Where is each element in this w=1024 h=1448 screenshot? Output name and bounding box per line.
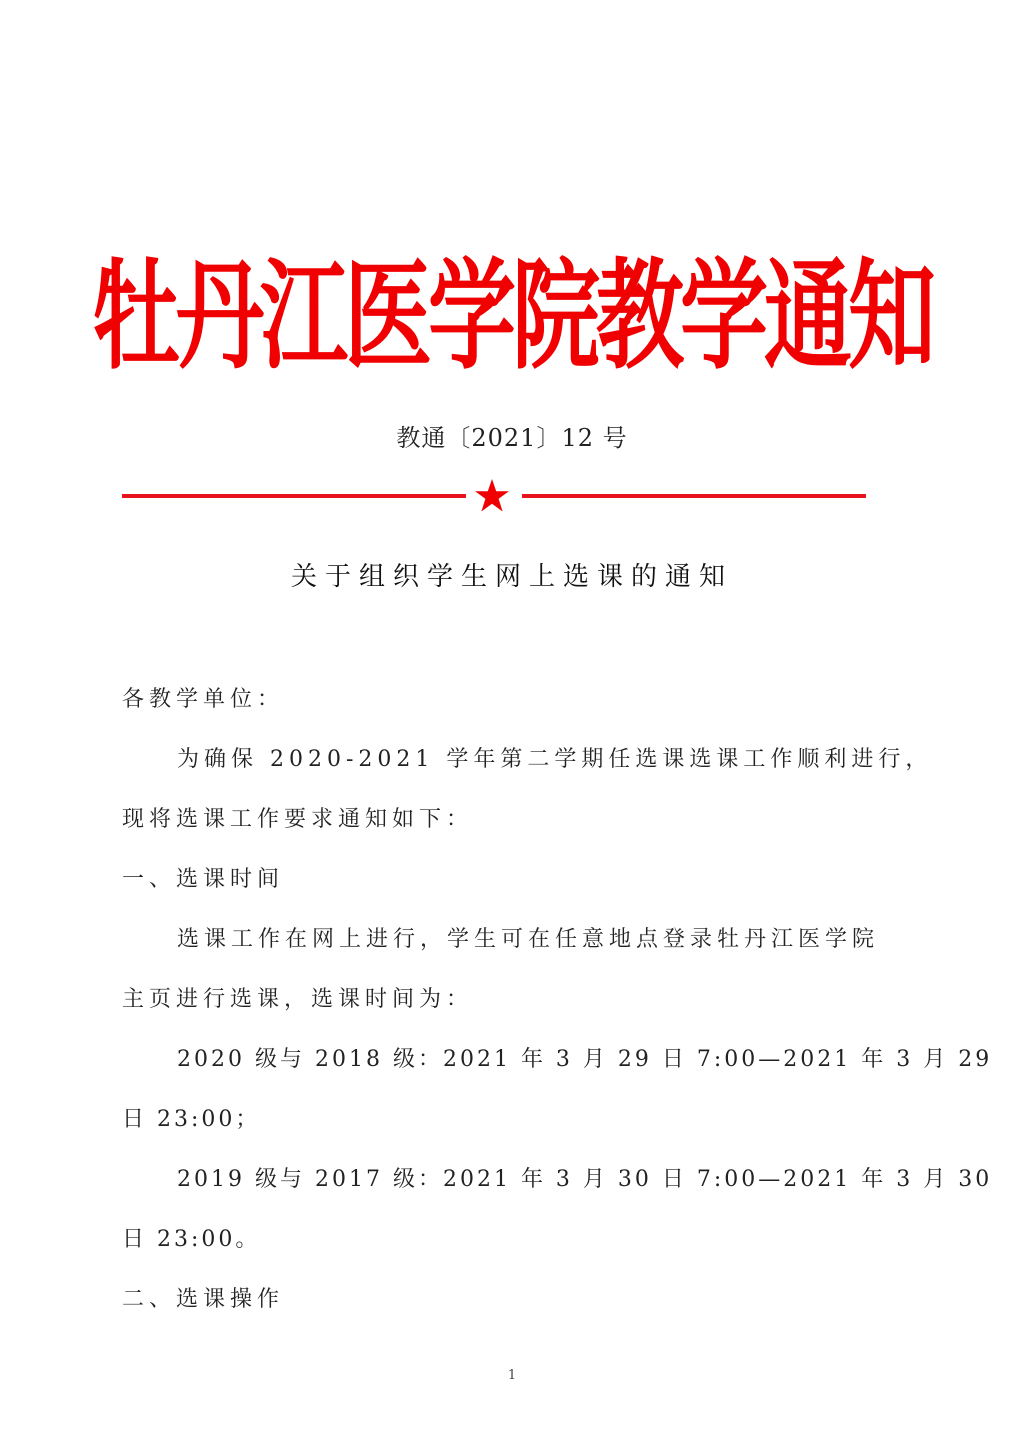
page-number: 1 <box>0 1368 1024 1383</box>
intro-line-2: 现将选课工作要求通知如下： <box>122 802 473 833</box>
section-1-paragraph-line-2: 主页进行选课，选课时间为： <box>122 982 473 1013</box>
red-divider <box>122 478 866 514</box>
schedule-2-line-1: 2019 级与 2017 级：2021 年 3 月 30 日 7:00—2021… <box>177 1162 992 1193</box>
salutation: 各教学单位： <box>122 682 284 713</box>
divider-line-left <box>122 494 466 498</box>
divider-line-right <box>522 494 866 498</box>
document-number: 教通〔2021〕12 号 <box>0 418 1024 453</box>
masthead-title: 牡丹江医学院教学通知 <box>0 222 1024 411</box>
schedule-1-line-2: 日 23:00； <box>122 1102 260 1133</box>
section-2-heading: 二、选课操作 <box>122 1282 284 1313</box>
star-icon <box>474 478 510 514</box>
section-1-paragraph-line-1: 选课工作在网上进行，学生可在任意地点登录牡丹江医学院 <box>177 922 879 953</box>
notice-title: 关于组织学生网上选课的通知 <box>0 556 1024 593</box>
section-1-heading: 一、选课时间 <box>122 862 284 893</box>
document-page: 牡丹江医学院教学通知 教通〔2021〕12 号 关于组织学生网上选课的通知 各教… <box>0 0 1024 1448</box>
schedule-1-line-1: 2020 级与 2018 级：2021 年 3 月 29 日 7:00—2021… <box>177 1042 992 1073</box>
schedule-2-line-2: 日 23:00。 <box>122 1222 260 1253</box>
intro-line-1: 为确保 2020-2021 学年第二学期任选课选课工作顺利进行， <box>177 742 932 773</box>
